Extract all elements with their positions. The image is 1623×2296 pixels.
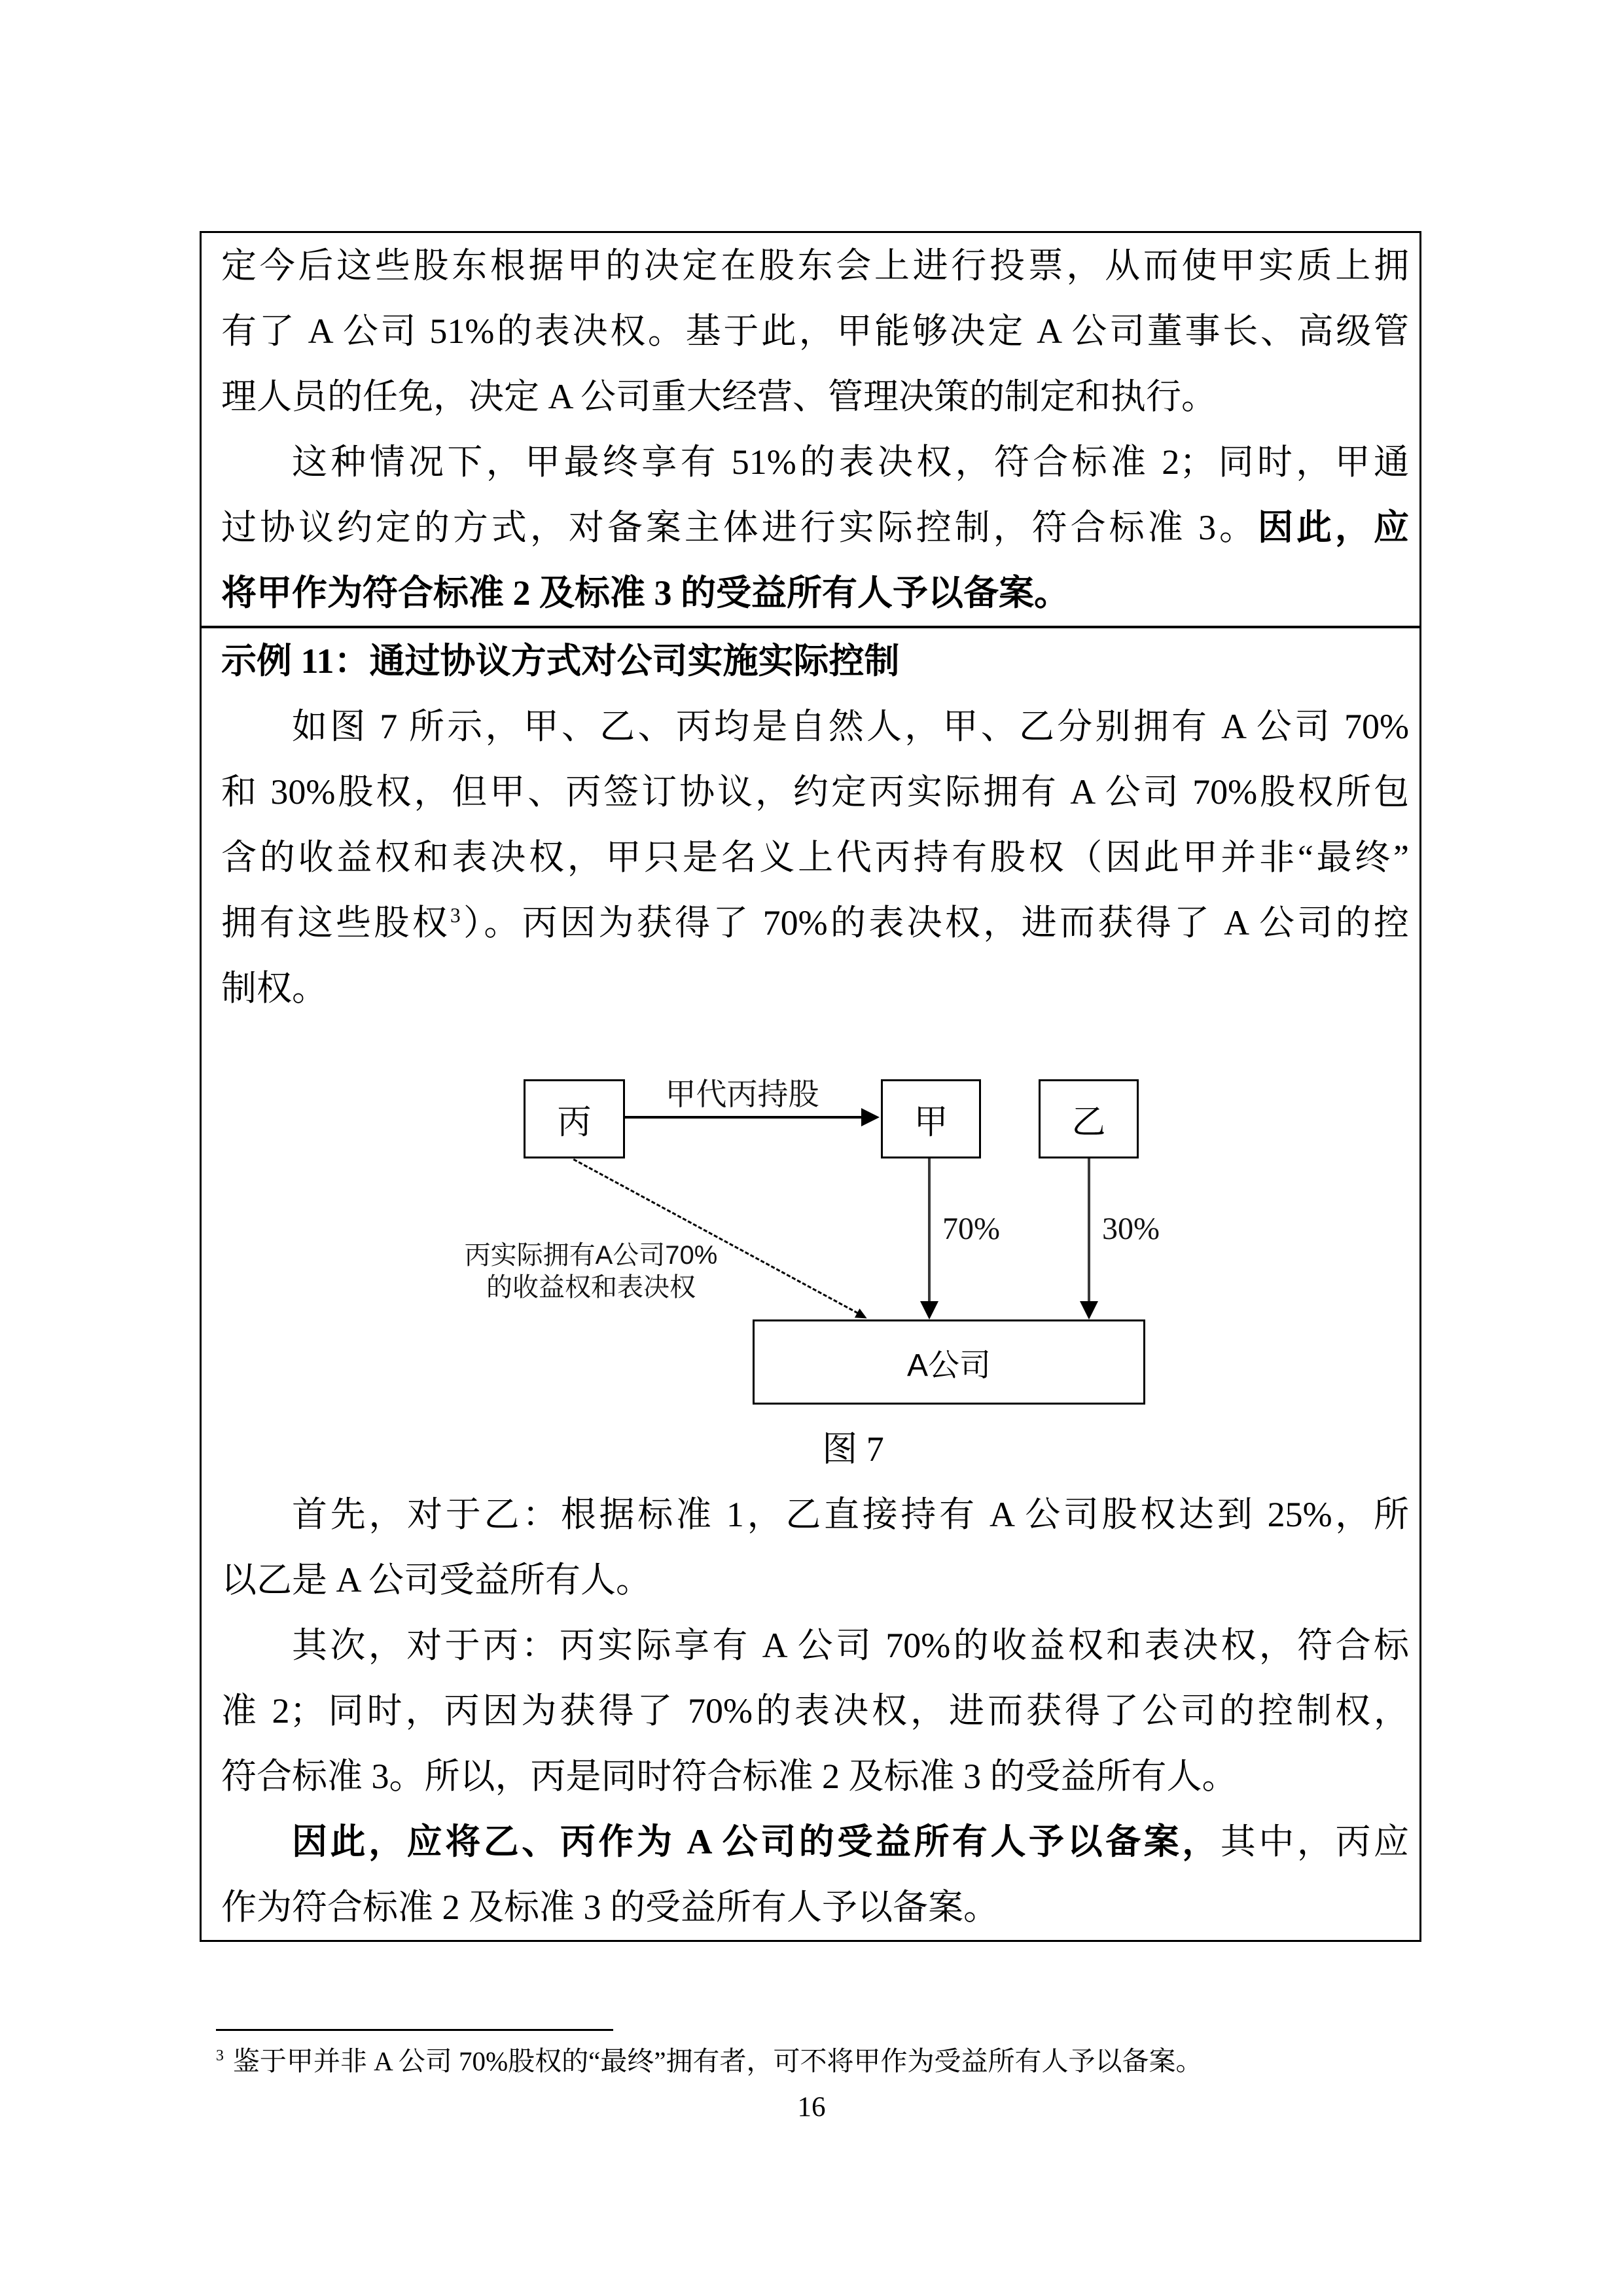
share-label-jia: 70%	[942, 1210, 1000, 1249]
text-line: 如图 7 所示，甲、乙、丙均是自然人，甲、乙分别拥有 A 公司 70%	[221, 694, 1409, 759]
text-segment: 因此，应将乙、丙作为 A 公司的受益所有人予以备案，	[292, 1822, 1221, 1861]
text-line: 定今后这些股东根据甲的决定在股东会上进行投票，从而使甲实质上拥	[221, 233, 1409, 298]
table-row-2: 示例 11：通过协议方式对公司实施实际控制如图 7 所示，甲、乙、丙均是自然人，…	[202, 628, 1419, 1940]
text-segment: 其中，丙应	[1221, 1822, 1409, 1861]
arrow-yi-to-company-line	[1088, 1158, 1090, 1304]
diagram-box-yi-label: 乙	[1071, 1094, 1105, 1143]
figure-7-diagram: 丙 甲 乙 A公司 甲代丙持股 70%	[202, 1021, 1419, 1416]
text-line: 其次，对于丙：丙实际享有 A 公司 70%的收益权和表决权，符合标	[221, 1613, 1409, 1678]
text-line: 有了 A 公司 51%的表决权。基于此，甲能够决定 A 公司董事长、高级管	[221, 298, 1409, 364]
text-segment: 定今后这些股东根据甲的决定在股东会上进行投票，从而使甲实质上拥	[221, 246, 1409, 285]
text-segment: 拥有这些股权	[221, 903, 450, 942]
text-segment: 准 2；同时，丙因为获得了 70%的表决权，进而获得了公司的控制权，	[221, 1691, 1409, 1731]
diagram-annotation: 丙实际拥有A公司70% 的收益权和表决权	[437, 1240, 745, 1304]
footnote-text: 鉴于甲并非 A 公司 70%股权的“最终”拥有者，可不将甲作为受益所有人予以备案…	[233, 2046, 1203, 2076]
arrow-jia-to-company-head-icon	[920, 1301, 938, 1319]
text-segment: 以乙是 A 公司受益所有人。	[221, 1560, 651, 1600]
footnote-divider	[216, 2029, 613, 2031]
page-number: 16	[0, 2088, 1623, 2127]
arrow-bing-to-jia-head-icon	[861, 1108, 880, 1126]
arrow-bing-to-jia-line	[625, 1116, 864, 1119]
diagram-annotation-line-2: 的收益权和表决权	[437, 1272, 745, 1304]
content-table: 定今后这些股东根据甲的决定在股东会上进行投票，从而使甲实质上拥有了 A 公司 5…	[200, 231, 1421, 1942]
text-segment: 如图 7 所示，甲、乙、丙均是自然人，甲、乙分别拥有 A 公司 70%	[292, 707, 1409, 746]
text-line: 示例 11：通过协议方式对公司实施实际控制	[221, 628, 1409, 694]
text-segment: 含的收益权和表决权，甲只是名义上代丙持有股权（因此甲并非“最终”	[221, 838, 1409, 877]
text-line: 理人员的任免，决定 A 公司重大经营、管理决策的制定和执行。	[221, 364, 1409, 429]
text-segment: 和 30%股权，但甲、丙签订协议，约定丙实际拥有 A 公司 70%股权所包	[221, 772, 1409, 812]
diagram-box-jia: 甲	[881, 1079, 981, 1158]
text-segment: 将甲作为符合标准 2 及标准 3 的受益所有人予以备案。	[221, 573, 1069, 613]
text-segment: 制权。	[221, 969, 327, 1008]
diagram-box-company-a-label: A公司	[907, 1340, 991, 1385]
diagram-box-yi: 乙	[1039, 1079, 1139, 1158]
text-segment: 过协议约定的方式，对备案主体进行实际控制，符合标准 3。	[221, 508, 1258, 547]
text-line: 含的收益权和表决权，甲只是名义上代丙持有股权（因此甲并非“最终”	[221, 825, 1409, 890]
footnote-marker: 3	[216, 2047, 224, 2064]
text-segment: ）。丙因为获得了 70%的表决权，进而获得了 A 公司的控	[461, 903, 1409, 942]
text-line: 这种情况下，甲最终享有 51%的表决权，符合标准 2；同时，甲通	[221, 429, 1409, 495]
text-line: 将甲作为符合标准 2 及标准 3 的受益所有人予以备案。	[221, 560, 1409, 626]
text-line: 符合标准 3。所以，丙是同时符合标准 2 及标准 3 的受益所有人。	[221, 1744, 1409, 1809]
text-segment: 符合标准 3。所以，丙是同时符合标准 2 及标准 3 的受益所有人。	[221, 1757, 1238, 1796]
diagram-box-bing-label: 丙	[557, 1094, 591, 1143]
superscript-ref: 3	[450, 904, 461, 927]
arrow-label-holding: 甲代丙持股	[624, 1076, 860, 1113]
text-line: 以乙是 A 公司受益所有人。	[221, 1547, 1409, 1613]
text-segment: 示例 11：通过协议方式对公司实施实际控制	[221, 641, 900, 681]
text-line: 制权。	[221, 956, 1409, 1021]
diagram-annotation-line-1: 丙实际拥有A公司70%	[437, 1240, 745, 1272]
example-11-section-bottom: 首先，对于乙：根据标准 1，乙直接持有 A 公司股权达到 25%，所以乙是 A …	[221, 1482, 1409, 1940]
diagram-box-company-a: A公司	[753, 1319, 1145, 1405]
text-line: 首先，对于乙：根据标准 1，乙直接持有 A 公司股权达到 25%，所	[221, 1482, 1409, 1547]
arrow-yi-to-company-head-icon	[1080, 1301, 1098, 1319]
text-line: 拥有这些股权3）。丙因为获得了 70%的表决权，进而获得了 A 公司的控	[221, 890, 1409, 956]
text-segment: 其次，对于丙：丙实际享有 A 公司 70%的收益权和表决权，符合标	[292, 1626, 1409, 1665]
example-11-section-top: 示例 11：通过协议方式对公司实施实际控制如图 7 所示，甲、乙、丙均是自然人，…	[221, 628, 1409, 1021]
table-row-1: 定今后这些股东根据甲的决定在股东会上进行投票，从而使甲实质上拥有了 A 公司 5…	[202, 233, 1419, 628]
text-segment: 作为符合标准 2 及标准 3 的受益所有人予以备案。	[221, 1888, 999, 1927]
text-segment: 有了 A 公司 51%的表决权。基于此，甲能够决定 A 公司董事长、高级管	[221, 312, 1409, 351]
figure-7-caption: 图 7	[221, 1416, 1409, 1482]
text-line: 因此，应将乙、丙作为 A 公司的受益所有人予以备案，其中，丙应	[221, 1809, 1409, 1874]
share-label-yi: 30%	[1102, 1210, 1160, 1249]
text-segment: 首先，对于乙：根据标准 1，乙直接持有 A 公司股权达到 25%，所	[292, 1495, 1409, 1534]
text-line: 作为符合标准 2 及标准 3 的受益所有人予以备案。	[221, 1874, 1409, 1940]
document-page: 定今后这些股东根据甲的决定在股东会上进行投票，从而使甲实质上拥有了 A 公司 5…	[0, 0, 1623, 2296]
diagram-box-bing: 丙	[524, 1079, 625, 1158]
text-line: 和 30%股权，但甲、丙签订协议，约定丙实际拥有 A 公司 70%股权所包	[221, 759, 1409, 825]
text-segment: 因此，应	[1258, 508, 1409, 547]
text-segment: 这种情况下，甲最终享有 51%的表决权，符合标准 2；同时，甲通	[292, 442, 1409, 482]
text-line: 准 2；同时，丙因为获得了 70%的表决权，进而获得了公司的控制权，	[221, 1678, 1409, 1744]
arrow-jia-to-company-line	[928, 1158, 931, 1304]
diagram-box-jia-label: 甲	[914, 1094, 948, 1143]
footnote: 3鉴于甲并非 A 公司 70%股权的“最终”拥有者，可不将甲作为受益所有人予以备…	[216, 2038, 1368, 2084]
text-segment: 理人员的任免，决定 A 公司重大经营、管理决策的制定和执行。	[221, 377, 1217, 416]
text-line: 过协议约定的方式，对备案主体进行实际控制，符合标准 3。因此，应	[221, 495, 1409, 560]
